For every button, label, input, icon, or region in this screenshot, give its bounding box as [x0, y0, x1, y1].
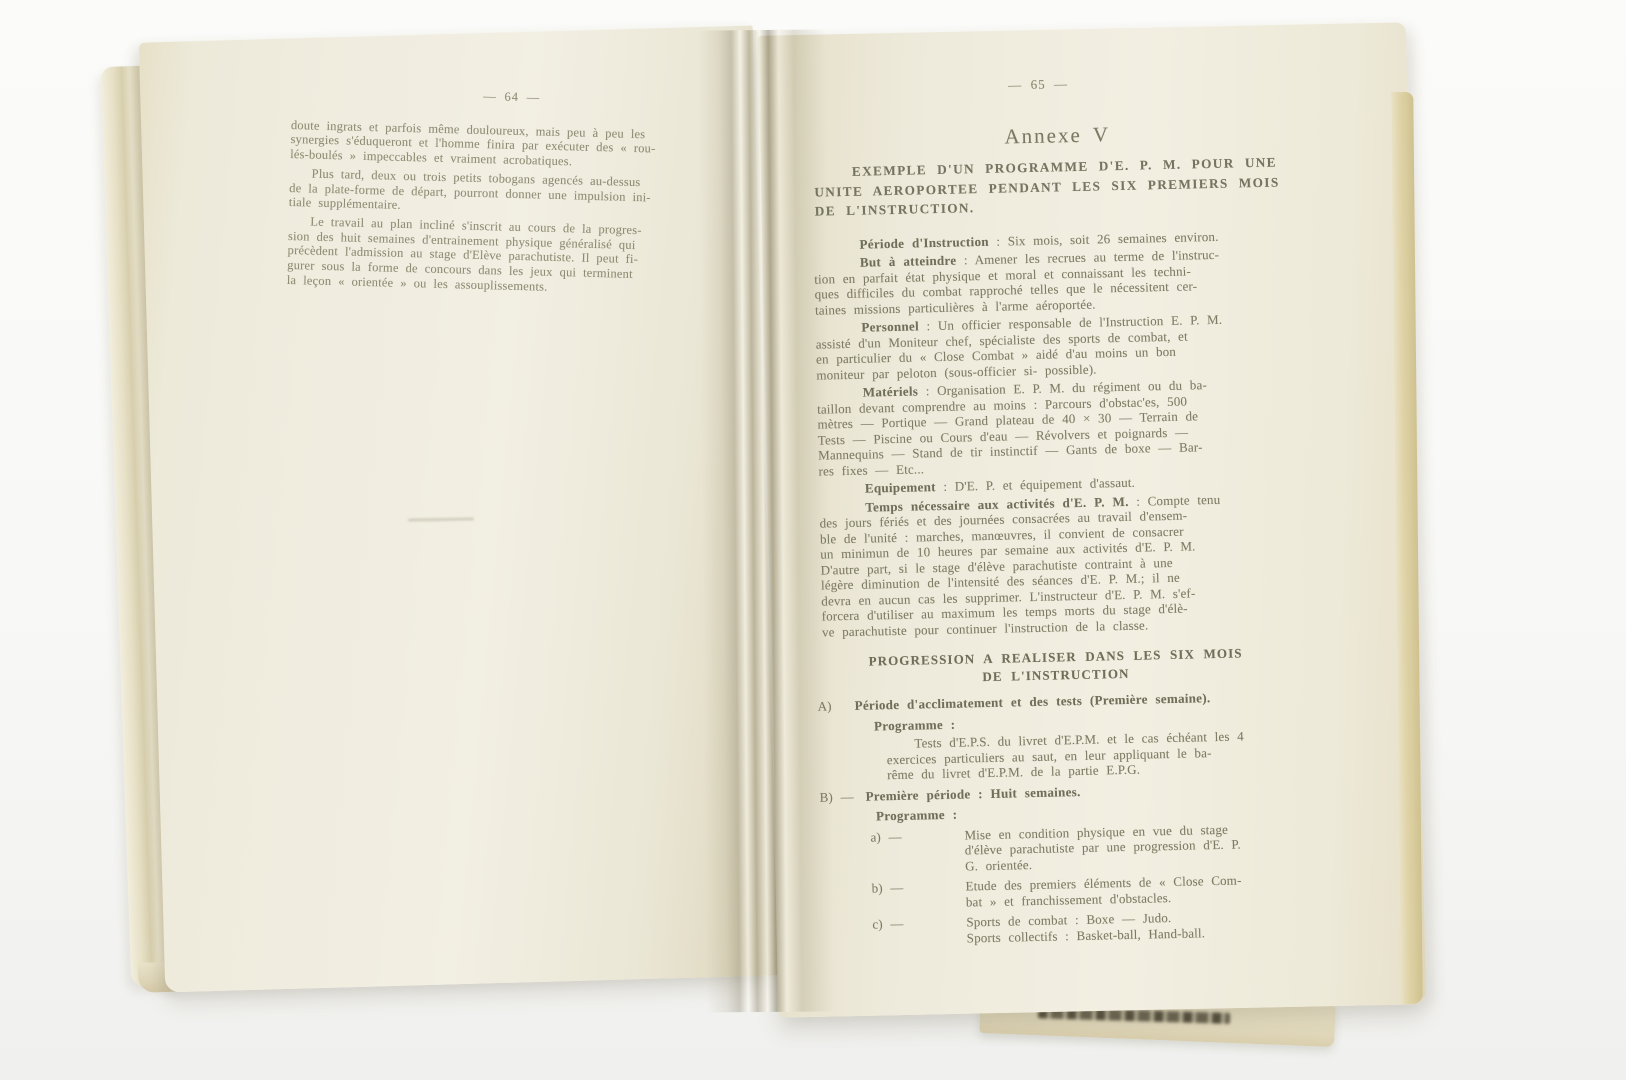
right-page-text: — 65 — Annexe V EXEMPLE D'UN PROGRAMME D… [798, 71, 1343, 949]
section-body: : Compte tenu des jours fériés et des jo… [819, 491, 1220, 639]
annexe-title: Annexe V [799, 122, 1315, 149]
section-temps-necessaire: Temps nécessaire aux activités d'E. P. M… [819, 489, 1316, 639]
section-lead: Personnel [861, 318, 919, 334]
section-but-a-atteindre: But à atteindre : Amener les recrues au … [814, 245, 1309, 318]
sub-item-body: Mise en condition physique en vue du sta… [964, 819, 1341, 874]
section-personnel: Personnel : Un officier responsable de l… [815, 310, 1310, 383]
item-b-title: Première période : Huit semaines. [865, 784, 1080, 804]
sub-item-marker: c) — [872, 915, 967, 948]
left-page-text: — 64 — doute ingrats et parfois même dou… [287, 84, 732, 303]
paragraph: Plus tard, deux ou trois petits tobogans… [289, 166, 730, 222]
paragraph: doute ingrats et parfois même douloureux… [290, 118, 731, 174]
sub-item-body: Etude des premiers éléments de « Close C… [965, 870, 1342, 909]
main-heading: EXEMPLE D'UN PROGRAMME D'E. P. M. POUR U… [814, 152, 1315, 221]
section-body: : D'E. P. et équipement d'assaut. [936, 475, 1136, 494]
sub-item-b: b) —Etude des premiers éléments de « Clo… [871, 870, 1342, 911]
item-a-title: Période d'acclimatement et des tests (Pr… [854, 690, 1210, 713]
section-materiels: Matériels : Organisation E. P. M. du rég… [817, 375, 1313, 479]
section-lead: Matériels [863, 383, 919, 399]
item-a-body: Tests d'E.P.S. du livret d'E.P.M. et le … [886, 727, 1307, 783]
sub-item-a: a) —Mise en condition physique en vue du… [870, 819, 1341, 876]
section-body: : Six mois, soit 26 semaines environ. [989, 228, 1219, 248]
progression-heading: PROGRESSION A REALISER DANS LES SIX MOIS… [818, 643, 1293, 689]
sub-item-marker: b) — [871, 879, 966, 912]
section-lead: Equipement [865, 479, 936, 496]
book-photo: — 64 — doute ingrats et parfois même dou… [0, 0, 1626, 1080]
sub-item-marker: a) — [870, 827, 965, 876]
paragraph: Le travail au plan incliné s'inscrit au … [287, 214, 729, 299]
section-lead: Période d'Instruction [859, 233, 989, 251]
section-lead: But à atteindre [860, 253, 957, 270]
item-b-marker: B) — [819, 788, 865, 804]
item-a-marker: A) [817, 698, 854, 714]
